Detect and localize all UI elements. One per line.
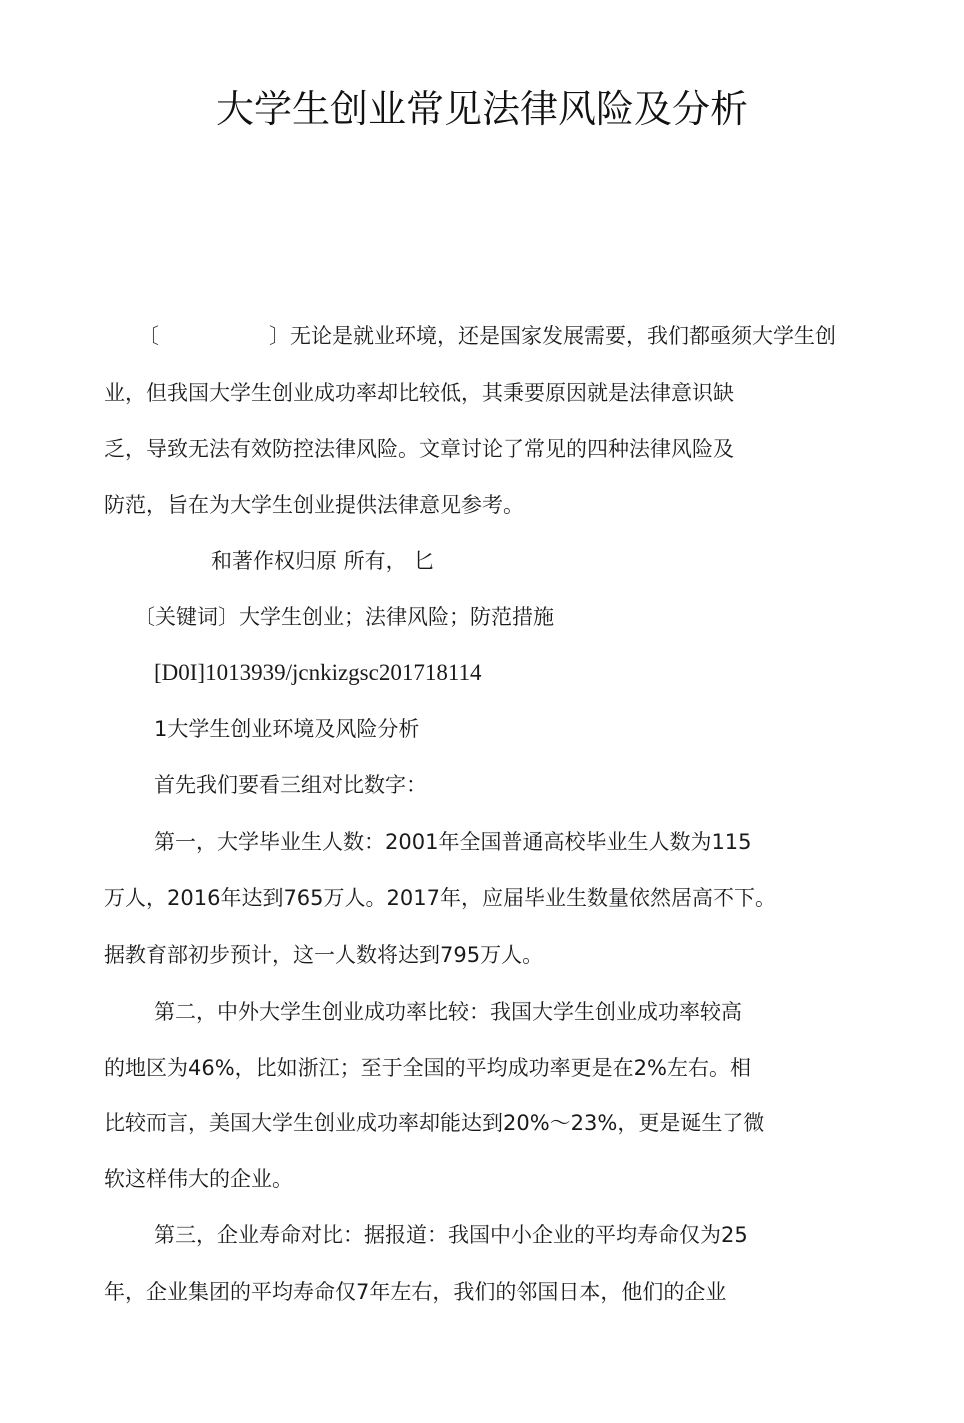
paragraph-second-line-2: 的地区为46%，比如浙江；至于全国的平均成功率更是在2%左右。相 [104, 1053, 751, 1083]
abstract-close-bracket: 〕 [269, 324, 290, 348]
paragraph-first-line-1: 第一，大学毕业生人数：2001年全国普通高校毕业生人数为115 [154, 827, 752, 857]
copyright-line: 和著作权归原 所有， 匕 [211, 546, 434, 576]
abstract-line-1: 〔〕无论是就业环境，还是国家发展需要，我们都亟须大学生创 [138, 321, 836, 351]
document-title: 大学生创业常见法律风险及分析 [0, 84, 964, 134]
paragraph-second-line-3: 比较而言，美国大学生创业成功率却能达到20%～23%，更是诞生了微 [104, 1108, 764, 1138]
paragraph-first-line-3: 据教育部初步预计，这一人数将达到795万人。 [104, 940, 543, 970]
paragraph-second-line-1: 第二，中外大学生创业成功率比较：我国大学生创业成功率较高 [154, 997, 742, 1027]
section-heading: 1大学生创业环境及风险分析 [154, 714, 419, 744]
doi-line: [D0I]1013939/jcnkizgsc201718114 [154, 658, 481, 688]
abstract-open-bracket: 〔 [138, 324, 159, 348]
paragraph-third-line-2: 年，企业集团的平均寿命仅7年左右，我们的邻国日本，他们的企业 [104, 1277, 726, 1307]
paragraph-second-line-4: 软这样伟大的企业。 [104, 1164, 293, 1194]
abstract-line-4: 防范，旨在为大学生创业提供法律意见参考。 [104, 490, 524, 520]
paragraph-third-line-1: 第三，企业寿命对比：据报道：我国中小企业的平均寿命仅为25 [154, 1220, 748, 1250]
abstract-text: 无论是就业环境，还是国家发展需要，我们都亟须大学生创 [290, 324, 836, 348]
abstract-line-2: 业，但我国大学生创业成功率却比较低，其秉要原因就是法律意识缺 [104, 378, 734, 408]
abstract-line-3: 乏，导致无法有效防控法律风险。文章讨论了常见的四种法律风险及 [104, 434, 734, 464]
paragraph-first-line-2: 万人，2016年达到765万人。2017年，应届毕业生数量依然居高不下。 [104, 883, 776, 913]
intro-line: 首先我们要看三组对比数字： [154, 770, 427, 800]
keywords-line: 〔关键词〕大学生创业；法律风险；防范措施 [134, 602, 554, 632]
